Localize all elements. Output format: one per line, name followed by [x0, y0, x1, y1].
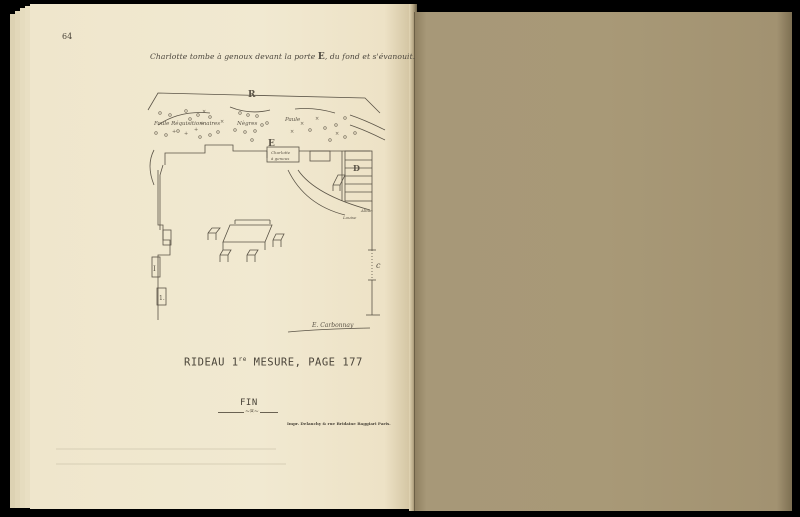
svg-text:+: +	[172, 129, 176, 135]
svg-text:×: ×	[300, 121, 304, 127]
show-through-text	[56, 448, 276, 450]
label-c: c	[376, 261, 381, 270]
caption-text-end: , du fond et s'évanouit.	[325, 52, 415, 61]
label-alban: Alban	[360, 208, 373, 213]
printer-imprint: Impr. Delanchy & rue Bridaine Baggiari P…	[287, 421, 391, 426]
svg-text:×: ×	[220, 119, 224, 125]
curtain-cue: RIDEAU 1re MESURE, PAGE 177	[184, 356, 363, 369]
back-wall-niche	[310, 151, 330, 161]
arrow-louise	[288, 170, 345, 215]
caption-door-letter: E	[318, 52, 325, 62]
label-1: 1.	[159, 295, 165, 302]
arrow-left	[150, 150, 154, 185]
chair-left	[208, 228, 220, 240]
chair-front-right	[247, 250, 258, 262]
label-I: I	[153, 265, 156, 273]
label-charlotte: Charlotte	[271, 150, 291, 155]
stage-diagram: R E D c I 1. Foule Réquisitionnaires Nèg…	[140, 85, 405, 345]
label-D: D	[353, 163, 360, 173]
fin-heading: FIN	[240, 398, 258, 408]
page-number: 64	[62, 32, 72, 41]
svg-text:+: +	[194, 127, 198, 133]
caption-text: Charlotte tombe à genoux devant la porte	[150, 52, 318, 61]
svg-text:×: ×	[290, 129, 294, 135]
label-paule: Paule	[284, 117, 301, 123]
svg-text:+: +	[184, 131, 188, 137]
central-table	[223, 225, 272, 242]
chair-front-left	[220, 250, 231, 262]
label-R: R	[248, 90, 256, 100]
rideau-sup: re	[239, 356, 247, 363]
fin-ornament-icon: ~¤~	[244, 408, 260, 415]
room-wall-top	[165, 145, 267, 165]
label-foule: Foule Réquisitionnaires	[153, 120, 220, 127]
chair-right	[273, 234, 284, 247]
rideau-text: RIDEAU 1	[184, 357, 239, 369]
label-E: E	[268, 139, 275, 149]
label-a-genoux: à genoux	[271, 156, 290, 161]
label-negres: Nègres	[236, 120, 257, 127]
svg-text:+: +	[200, 121, 204, 127]
show-through-text	[56, 463, 286, 465]
svg-text:×: ×	[315, 116, 319, 122]
signature: E. Carbonnay	[311, 322, 354, 329]
backdrop-line	[148, 93, 380, 113]
stage-direction-caption: Charlotte tombe à genoux devant la porte…	[150, 52, 400, 62]
svg-text:×: ×	[335, 131, 339, 137]
label-louise: Louise	[342, 215, 357, 220]
right-page-blank	[414, 12, 792, 511]
rideau-page: MESURE, PAGE 177	[247, 357, 363, 369]
svg-text:×: ×	[202, 109, 206, 115]
